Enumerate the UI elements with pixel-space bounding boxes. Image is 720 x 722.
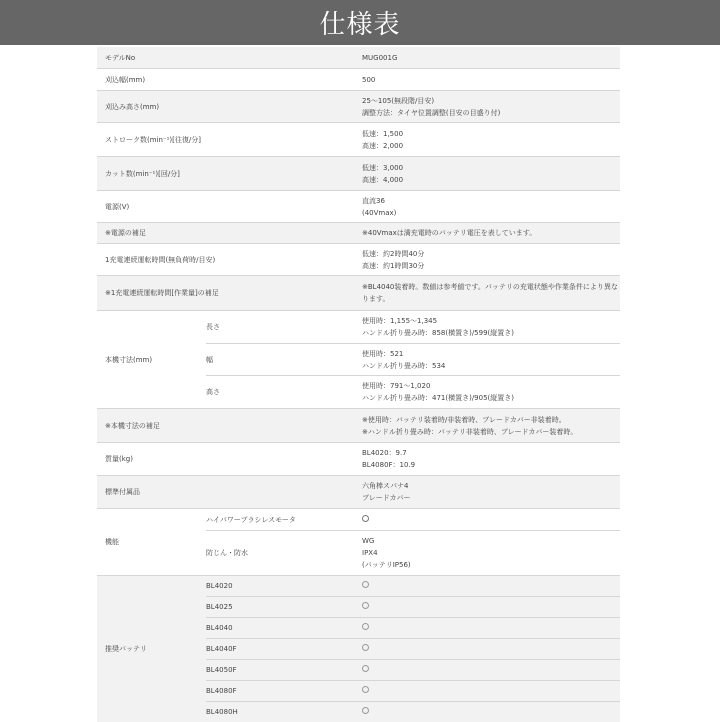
spec-sublabel: 長さ — [206, 311, 353, 343]
double-circle-mark-icon — [362, 623, 369, 630]
spec-row-model: モデルNo MUG001G — [97, 47, 620, 69]
battery-label: BL4080H — [206, 702, 353, 720]
battery-label: BL4020 — [206, 576, 353, 596]
spec-row-cut-width: 刈込幅(mm) 500 — [97, 69, 620, 91]
spec-label: 電源(V) — [97, 191, 353, 222]
spec-subrow-brushless-motor: ハイパワーブラシレスモータ — [206, 509, 620, 531]
battery-row: BL4080F — [206, 681, 620, 702]
spec-value — [353, 639, 620, 659]
value-line: 高速：約1時間30分 — [362, 260, 620, 272]
value-line: IPX4 — [362, 547, 620, 559]
spec-row-weight: 質量(kg) BL4020：9.7 BL4080F：10.9 — [97, 443, 620, 476]
spec-value: 25〜105(無段階/目安) 調整方法：タイヤ位置調整(目安の目盛り付) — [353, 91, 620, 122]
value-line: MUG001G — [362, 52, 620, 64]
value-line: (40Vmax) — [362, 207, 620, 219]
value-line: WG — [362, 535, 620, 547]
spec-label: ストローク数(min⁻¹)[往復/分] — [97, 123, 353, 156]
spec-subrows: ハイパワーブラシレスモータ 防じん・防水 WG IPX4 (バッテリIP56) — [206, 509, 620, 575]
spec-value — [353, 702, 620, 720]
spec-subrows: BL4020 BL4025 BL4040 BL4040F BL4050F BL4… — [206, 576, 620, 720]
spec-value: 使用時：521 ハンドル折り畳み時：534 — [353, 344, 620, 376]
spec-row-accessories: 標準付属品 六角棒スパナ4 ブレードカバー — [97, 476, 620, 509]
double-circle-mark-icon — [362, 686, 369, 693]
spec-value: 直流36 (40Vmax) — [353, 191, 620, 222]
spec-row-cut-height: 刈込み高さ(mm) 25〜105(無段階/目安) 調整方法：タイヤ位置調整(目安… — [97, 91, 620, 123]
spec-sublabel: 防じん・防水 — [206, 531, 353, 575]
spec-value: 500 — [353, 69, 620, 90]
double-circle-mark-icon — [362, 665, 369, 672]
spec-row-cuts: カット数(min⁻¹)[回/分] 低速：3,000 高速：4,000 — [97, 157, 620, 191]
value-line: 低速：3,000 — [362, 162, 620, 174]
value-line: 調整方法：タイヤ位置調整(目安の目盛り付) — [362, 107, 620, 119]
spec-value: 使用時：791〜1,020 ハンドル折り畳み時：471(横置き)/905(縦置き… — [353, 376, 620, 408]
value-line: 高速：2,000 — [362, 140, 620, 152]
value-line: 六角棒スパナ4 — [362, 480, 620, 492]
spec-value — [353, 660, 620, 680]
battery-label: BL4050F — [206, 660, 353, 680]
spec-table: モデルNo MUG001G 刈込幅(mm) 500 刈込み高さ(mm) 25〜1… — [97, 47, 620, 720]
spec-row-runtime-note: ※1充電連続運転時間[作業量]の補足 ※BL4040装着時。数値は参考値です。バ… — [97, 276, 620, 311]
circle-mark-icon — [362, 515, 369, 522]
page-title: 仕様表 — [319, 4, 400, 41]
spec-label: 機能 — [97, 509, 206, 575]
spec-value: 使用時：1,155〜1,345 ハンドル折り畳み時：858(横置き)/599(縦… — [353, 311, 620, 343]
spec-label: ※1充電連続運転時間[作業量]の補足 — [97, 276, 353, 310]
value-line: BL4020：9.7 — [362, 447, 620, 459]
value-line: ※BL4040装着時。数値は参考値です。バッテリの充電状態や作業条件により異な — [362, 281, 620, 293]
spec-value: ※使用時：バッテリ装着時/非装着時、ブレードカバー非装着時。 ※ハンドル折り畳み… — [353, 409, 620, 442]
battery-row: BL4040 — [206, 618, 620, 639]
value-line: 使用時：791〜1,020 — [362, 380, 620, 392]
value-line: (バッテリIP56) — [362, 559, 620, 571]
spec-label: ※電源の補足 — [97, 223, 353, 243]
spec-sublabel: 高さ — [206, 376, 353, 408]
spec-label: カット数(min⁻¹)[回/分] — [97, 157, 353, 190]
value-line: 直流36 — [362, 195, 620, 207]
value-line: ハンドル折り畳み時：858(横置き)/599(縦置き) — [362, 327, 620, 339]
spec-value: BL4020：9.7 BL4080F：10.9 — [353, 443, 620, 475]
spec-row-features: 機能 ハイパワーブラシレスモータ 防じん・防水 WG IPX4 (バッテリIP5… — [97, 509, 620, 576]
battery-label: BL4025 — [206, 597, 353, 617]
spec-row-runtime: 1充電連続運転時間(無負荷時/目安) 低速：約2時間40分 高速：約1時間30分 — [97, 244, 620, 276]
battery-label: BL4040 — [206, 618, 353, 638]
value-line: ブレードカバー — [362, 492, 620, 504]
value-line: 使用時：521 — [362, 348, 620, 360]
spec-label: ※本機寸法の補足 — [97, 409, 353, 442]
spec-label: 質量(kg) — [97, 443, 353, 475]
value-line: ※40Vmaxは満充電時のバッテリ電圧を表しています。 — [362, 227, 620, 239]
value-line: 使用時：1,155〜1,345 — [362, 315, 620, 327]
spec-label: モデルNo — [97, 47, 353, 68]
value-line: 低速：約2時間40分 — [362, 248, 620, 260]
value-line: ハンドル折り畳み時：471(横置き)/905(縦置き) — [362, 392, 620, 404]
spec-row-batteries: 推奨バッテリ BL4020 BL4025 BL4040 BL4040F BL40… — [97, 576, 620, 720]
spec-value — [353, 576, 620, 596]
battery-row: BL4040F — [206, 639, 620, 660]
spec-label: 標準付属品 — [97, 476, 353, 508]
spec-sublabel: 幅 — [206, 344, 353, 376]
double-circle-mark-icon — [362, 707, 369, 714]
spec-row-dimensions: 本機寸法(mm) 長さ 使用時：1,155〜1,345 ハンドル折り畳み時：85… — [97, 311, 620, 409]
spec-row-strokes: ストローク数(min⁻¹)[往復/分] 低速：1,500 高速：2,000 — [97, 123, 620, 157]
spec-row-dimensions-note: ※本機寸法の補足 ※使用時：バッテリ装着時/非装着時、ブレードカバー非装着時。 … — [97, 409, 620, 443]
spec-subrows: 長さ 使用時：1,155〜1,345 ハンドル折り畳み時：858(横置き)/59… — [206, 311, 620, 408]
spec-value — [353, 597, 620, 617]
value-line: BL4080F：10.9 — [362, 459, 620, 471]
battery-row: BL4080H — [206, 702, 620, 720]
spec-label: 刈込み高さ(mm) — [97, 91, 353, 122]
spec-value: ※BL4040装着時。数値は参考値です。バッテリの充電状態や作業条件により異な … — [353, 276, 620, 310]
double-circle-mark-icon — [362, 644, 369, 651]
spec-value — [353, 681, 620, 701]
spec-value — [353, 618, 620, 638]
value-line: ※使用時：バッテリ装着時/非装着時、ブレードカバー非装着時。 — [362, 414, 620, 426]
spec-value — [353, 509, 620, 530]
value-line: ※ハンドル折り畳み時：バッテリ非装着時、ブレードカバー装着時。 — [362, 426, 620, 438]
value-line: 高速：4,000 — [362, 174, 620, 186]
spec-value: 低速：約2時間40分 高速：約1時間30分 — [353, 244, 620, 275]
value-line: ります。 — [362, 293, 620, 305]
spec-row-power: 電源(V) 直流36 (40Vmax) — [97, 191, 620, 223]
value-line: ハンドル折り畳み時：534 — [362, 360, 620, 372]
spec-value: WG IPX4 (バッテリIP56) — [353, 531, 620, 575]
value-line: 低速：1,500 — [362, 128, 620, 140]
spec-row-power-note: ※電源の補足 ※40Vmaxは満充電時のバッテリ電圧を表しています。 — [97, 223, 620, 244]
spec-subrow-height: 高さ 使用時：791〜1,020 ハンドル折り畳み時：471(横置き)/905(… — [206, 376, 620, 408]
spec-subrow-width: 幅 使用時：521 ハンドル折り畳み時：534 — [206, 344, 620, 377]
page-header: 仕様表 — [0, 0, 720, 45]
spec-label: 刈込幅(mm) — [97, 69, 353, 90]
spec-label: 推奨バッテリ — [97, 576, 206, 720]
spec-subrow-dust-water: 防じん・防水 WG IPX4 (バッテリIP56) — [206, 531, 620, 575]
value-line: 500 — [362, 74, 620, 86]
spec-value: 低速：1,500 高速：2,000 — [353, 123, 620, 156]
double-circle-mark-icon — [362, 581, 369, 588]
spec-value: ※40Vmaxは満充電時のバッテリ電圧を表しています。 — [353, 223, 620, 243]
battery-label: BL4080F — [206, 681, 353, 701]
spec-sublabel: ハイパワーブラシレスモータ — [206, 509, 353, 530]
battery-label: BL4040F — [206, 639, 353, 659]
spec-subrow-length: 長さ 使用時：1,155〜1,345 ハンドル折り畳み時：858(横置き)/59… — [206, 311, 620, 344]
battery-row: BL4025 — [206, 597, 620, 618]
value-line: 25〜105(無段階/目安) — [362, 95, 620, 107]
spec-value: MUG001G — [353, 47, 620, 68]
spec-label: 1充電連続運転時間(無負荷時/目安) — [97, 244, 353, 275]
battery-row: BL4050F — [206, 660, 620, 681]
spec-value: 六角棒スパナ4 ブレードカバー — [353, 476, 620, 508]
double-circle-mark-icon — [362, 602, 369, 609]
spec-label: 本機寸法(mm) — [97, 311, 206, 408]
battery-row: BL4020 — [206, 576, 620, 597]
spec-value: 低速：3,000 高速：4,000 — [353, 157, 620, 190]
